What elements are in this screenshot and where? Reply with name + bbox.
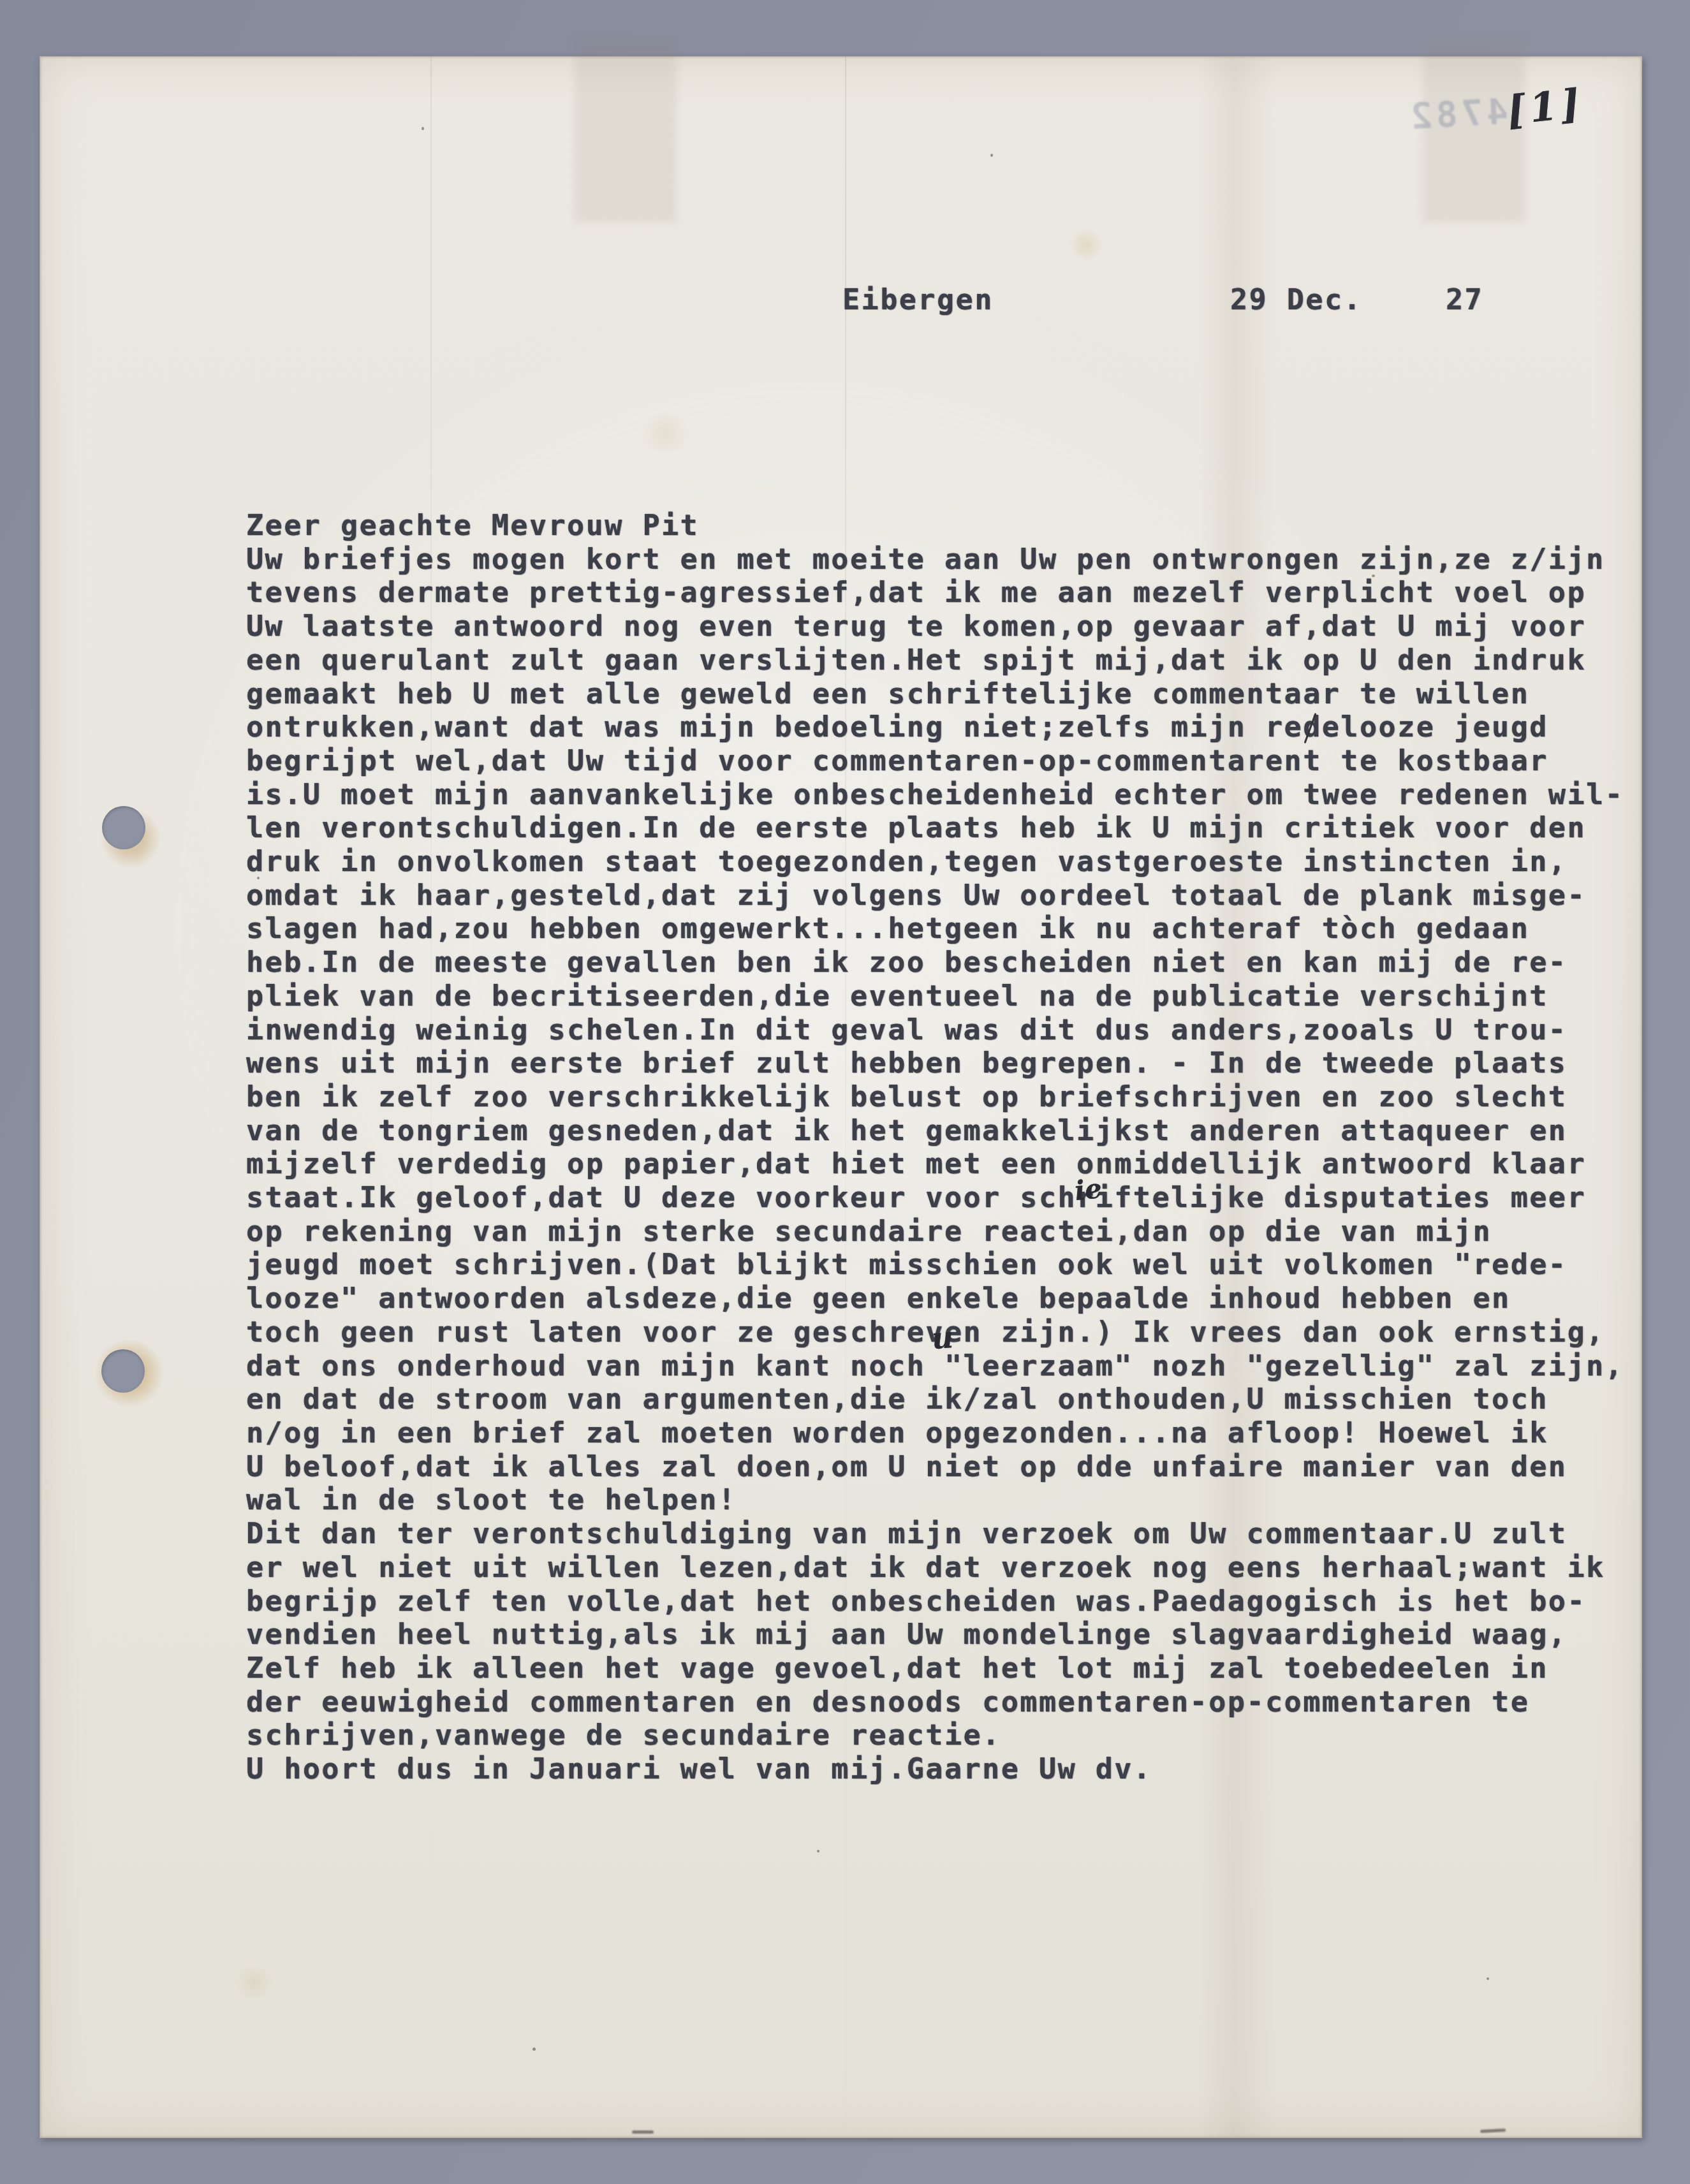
handwritten-ie-correction: ie <box>1073 1173 1104 1206</box>
edge-smudge <box>1480 2129 1506 2133</box>
paper-speck <box>817 1850 819 1852</box>
paper-speck <box>422 127 424 130</box>
dateline-year: 27 <box>1446 283 1483 317</box>
edge-smudge <box>632 2130 654 2134</box>
dateline: Eibergen 29 Dec. 27 <box>40 57 154 225</box>
stain <box>640 414 691 452</box>
paper-speck <box>1372 575 1375 577</box>
stain <box>231 1967 276 1998</box>
paper-speck <box>990 154 993 157</box>
punch-hole-top <box>102 806 145 849</box>
letter-paper: 4782 [1] Eibergen 29 Dec. 27 Zeer geacht… <box>40 56 1642 2138</box>
bleedthrough-number: 4782 <box>1386 91 1509 138</box>
ink-bleedthrough-patch <box>575 38 677 223</box>
letter-scan-background: 4782 [1] Eibergen 29 Dec. 27 Zeer geacht… <box>0 0 1690 2184</box>
paper-speck <box>1487 1977 1489 1980</box>
paper-speck <box>257 877 260 879</box>
paper-speck <box>533 2048 536 2051</box>
page-number-annotation: [1] <box>1505 80 1586 134</box>
stain <box>1067 230 1105 260</box>
handwritten-u-insertion: u <box>930 1320 954 1356</box>
letter-body: Zeer geachte Mevrouw Pit Uw briefjes mog… <box>246 509 1624 1786</box>
dateline-place: Eibergen <box>842 283 994 317</box>
dateline-date: 29 Dec. <box>1230 283 1362 317</box>
punch-hole-bottom <box>101 1349 145 1393</box>
